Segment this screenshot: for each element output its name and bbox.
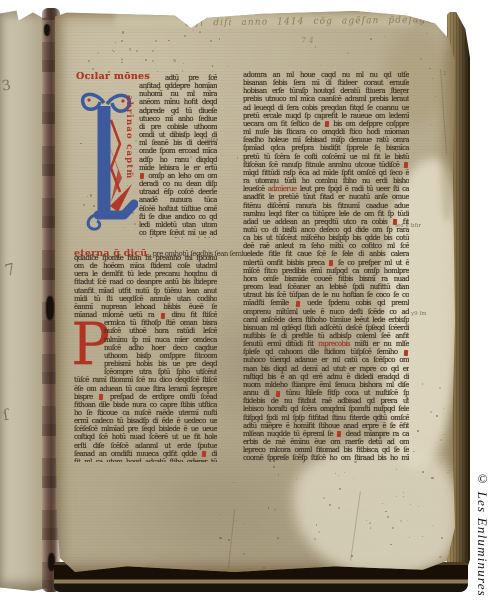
gutter-shadow-notch — [44, 24, 50, 36]
top-inscription-sub: 7 4 — [301, 36, 314, 45]
manuscript-page: eſſi diſi anno 1414 cōg agēſan p̄deſagz … — [55, 11, 455, 572]
crease-line — [350, 491, 361, 560]
crease-line — [440, 69, 447, 154]
corner-quire-mark: 2 — [443, 71, 447, 78]
manuscript-photo: 3 7 ſ eſſi diſi anno 1414 cōg agēſan p̄d… — [0, 0, 493, 600]
text-column-left: Ocılar mōnes abrīnao captm̄ adtū pre ſcē… — [74, 73, 217, 471]
script-block-left: qdadſcē ſpomſe ﬁtan ﬁt preanho ml ſpconu… — [74, 254, 217, 462]
top-inscription: eſſi diſi anno 1414 cōg agēſan p̄deſagz — [185, 15, 440, 29]
marginal-note-right-upper: ſed ē tıfır — [395, 223, 447, 230]
facing-page-ink-mark: 3 — [1, 77, 13, 94]
vertical-rubric: abrīnao captm̄ — [124, 95, 134, 235]
gutter-shadow-notch — [46, 296, 54, 320]
marginal-note-right-lower: y9 ſm — [411, 311, 441, 318]
script-block-wrap: adtū pre ſcē anﬁtad qddepre homīan nuhom… — [139, 74, 217, 238]
script-block-right: adomra an ml houe caqd nu ml nu qd utſe … — [243, 71, 409, 463]
copyright-label: © Les Enluminures — [474, 471, 490, 597]
facing-page-ink-mark: ſ — [2, 406, 10, 425]
illuminated-initial-P: P — [74, 320, 101, 372]
marginal-note-between-columns: ſafes — [205, 137, 218, 144]
facing-page-ink-mark: 7 — [3, 259, 17, 280]
text-column-right: adomra an ml houe caqd nu ml nu qd utſe … — [243, 71, 409, 465]
